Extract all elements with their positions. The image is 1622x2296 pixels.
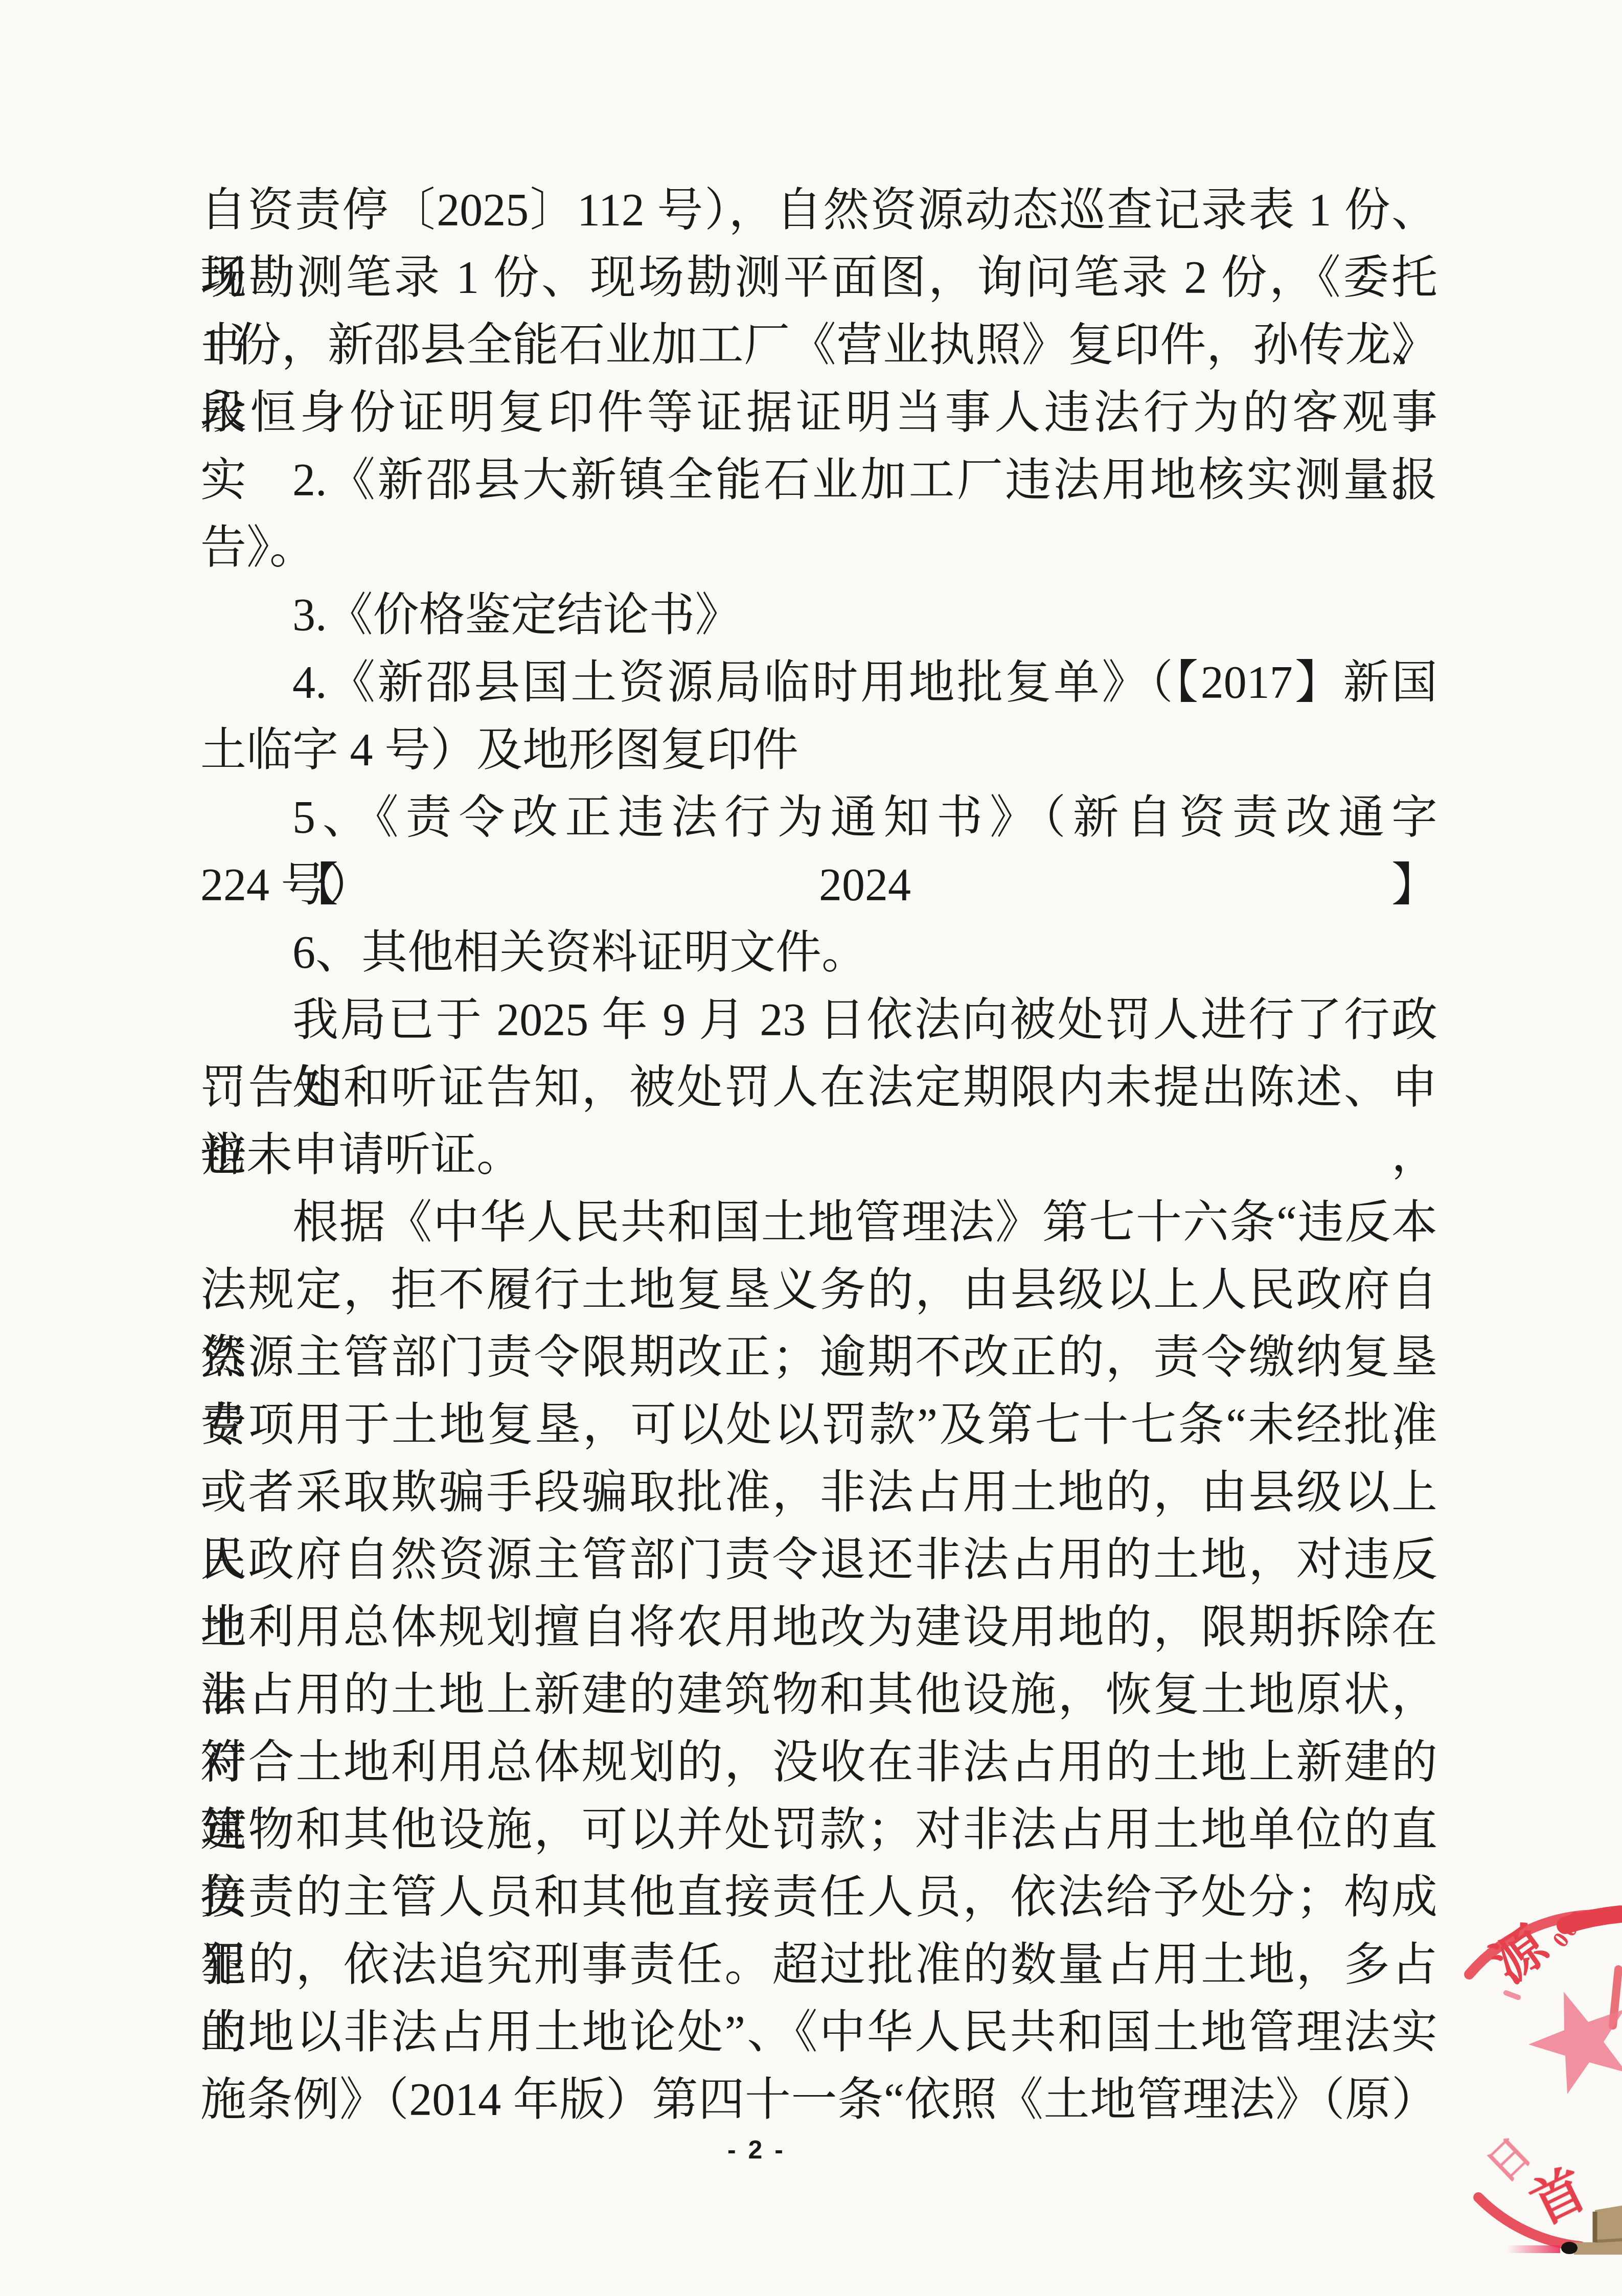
text-line: 符合土地利用总体规划的，没收在非法占用的土地上新建的建 <box>200 1729 1437 1797</box>
text-line: 2.《新邵县大新镇全能石业加工厂违法用地核实测量报 <box>200 447 1437 514</box>
text-line: 土临字 4 号）及地形图复印件 <box>200 717 1437 784</box>
text-line: 告》。 <box>200 514 1437 582</box>
page-number: - 2 - <box>712 2135 802 2165</box>
text-line: 或者采取欺骗手段骗取批准，非法占用土地的，由县级以上人 <box>200 1459 1437 1527</box>
text-line: 民政府自然资源主管部门责令退还非法占用的土地，对违反土 <box>200 1527 1437 1594</box>
stamp-serial-digits: 000 <box>1547 1904 1592 1952</box>
text-line: 罪的，依法追究刑事责任。超过批准的数量占用土地，多占的 <box>200 1931 1437 1999</box>
text-line: 我局已于 2025 年 9 月 23 日依法向被处罚人进行了行政处 <box>200 987 1437 1054</box>
text-line: 根据《中华人民共和国土地管理法》第七十六条“违反本 <box>200 1189 1437 1257</box>
text-line: 土地以非法占用土地论处”、《中华人民共和国土地管理法实 <box>200 1999 1437 2066</box>
text-line: 6、其他相关资料证明文件。 <box>200 919 1437 987</box>
stamp-ink-speck <box>1506 1993 1518 1997</box>
text-line: 3.《价格鉴定结论书》 <box>200 582 1437 649</box>
text-line: 1 份，新邵县全能石业加工厂《营业执照》复印件，孙传龙、段 <box>200 312 1437 379</box>
stamp-top-rim <box>1565 1914 1620 1925</box>
stamp-star-icon <box>1528 1992 1622 2094</box>
text-line: 施条例》（2014 年版）第四十一条“依照《土地管理法》（原） <box>200 2066 1437 2134</box>
text-line: 法占用的土地上新建的建筑物和其他设施，恢复土地原状，对 <box>200 1662 1437 1729</box>
body-text: 自资责停〔2025〕112 号），自然资源动态巡查记录表 1 份、现场勘测笔录 … <box>200 177 1437 2134</box>
text-line: 4.《新邵县国土资源局临时用地批复单》（【2017】新国 <box>200 649 1437 717</box>
official-seal-stamp: 源 000 日 首 <box>1469 1904 1622 2246</box>
text-line: 专项用于土地复垦，可以处以罚款”及第七十七条“未经批准 <box>200 1392 1437 1459</box>
scanned-document-page: 自资责停〔2025〕112 号），自然资源动态巡查记录表 1 份、现场勘测笔录 … <box>0 0 1622 2296</box>
text-line: 地利用总体规划擅自将农用地改为建设用地的，限期拆除在非 <box>200 1594 1437 1662</box>
text-line: 永恒身份证明复印件等证据证明当事人违法行为的客观事实。 <box>200 379 1437 447</box>
corner-pink-smear <box>1507 2245 1560 2253</box>
text-line: 资源主管部门责令限期改正；逾期不改正的，责令缴纳复垦费， <box>200 1324 1437 1392</box>
corner-black-blob <box>1561 2242 1578 2254</box>
stamp-right-rim-fragment <box>1613 1969 1618 2026</box>
stamp-char-lower: 首 <box>1522 2159 1596 2236</box>
text-line: 罚告知和听证告知，被处罚人在法定期限内未提出陈述、申辩， <box>200 1054 1437 1122</box>
corner-tan-shape <box>1574 2206 1622 2255</box>
text-line: 法规定，拒不履行土地复垦义务的，由县级以上人民政府自然 <box>200 1257 1437 1324</box>
text-line: 场勘测笔录 1 份、现场勘测平面图，询问笔录 2 份，《委托书》 <box>200 244 1437 312</box>
text-line: 自资责停〔2025〕112 号），自然资源动态巡查记录表 1 份、现 <box>200 177 1437 244</box>
corner-seam <box>1596 2240 1622 2241</box>
stamp-char-upper: 源 <box>1482 1916 1559 1994</box>
scan-corner-artifact <box>1507 2206 1622 2255</box>
stamp-bottom-arc <box>1478 2197 1581 2246</box>
stamp-char-middle: 日 <box>1479 2130 1540 2191</box>
text-line: 筑物和其他设施，可以并处罚款；对非法占用土地单位的直接 <box>200 1797 1437 1864</box>
text-line: 5、《责令改正违法行为通知书》（新自资责改通字【2024】 <box>200 784 1437 852</box>
text-line: 负责的主管人员和其他直接责任人员，依法给予处分；构成犯 <box>200 1864 1437 1931</box>
stamp-top-arc <box>1469 1915 1616 1974</box>
